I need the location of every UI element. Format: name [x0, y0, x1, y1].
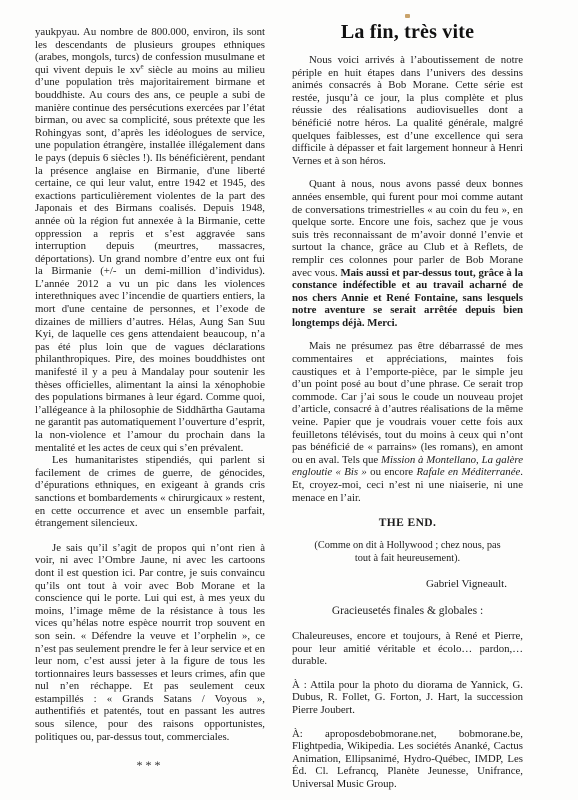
- paragraph-quant-a-nous: Quant à nous, nous avons passé deux bonn…: [292, 178, 523, 329]
- decorative-speck: [405, 14, 410, 18]
- article-title: La fin, très vite: [292, 21, 523, 43]
- credits-paragraph-sites: À: aproposdebobmorane.net, bobmorane.be,…: [292, 728, 523, 791]
- author-signature: Gabriel Vigneault.: [292, 578, 523, 590]
- paragraph-mais-ne-presumez: Mais ne présumez pas être débarrassé de …: [292, 340, 523, 504]
- the-end-label: THE END.: [292, 517, 523, 529]
- credits-paragraph-attila: À : Attila pour la photo du diorama de Y…: [292, 679, 523, 717]
- left-column: yaukpyau. Au nombre de 800.000, environ,…: [35, 0, 265, 773]
- right-column: La fin, très vite Nous voici arrivés à l…: [292, 0, 523, 791]
- credits-paragraph-chaleureuses: Chaleureuses, encore et toujours, à René…: [292, 630, 523, 668]
- document-page: yaukpyau. Au nombre de 800.000, environ,…: [0, 0, 578, 800]
- credits-heading: Gracieusetés finales & globales :: [292, 605, 523, 617]
- paragraph-nous-voici: Nous voici arrivés à l’aboutissement de …: [292, 54, 523, 167]
- paragraph-humanitaristes: Les humanitaristes stipendiés, qui parle…: [35, 454, 265, 530]
- paragraph-continuation: yaukpyau. Au nombre de 800.000, environ,…: [35, 26, 265, 454]
- hollywood-note: (Comme on dit à Hollywood ; chez nous, p…: [292, 540, 523, 565]
- section-separator-stars: ***: [35, 758, 265, 773]
- paragraph-je-sais: Je sais qu’il s’agit de propos qui n’ont…: [35, 542, 265, 744]
